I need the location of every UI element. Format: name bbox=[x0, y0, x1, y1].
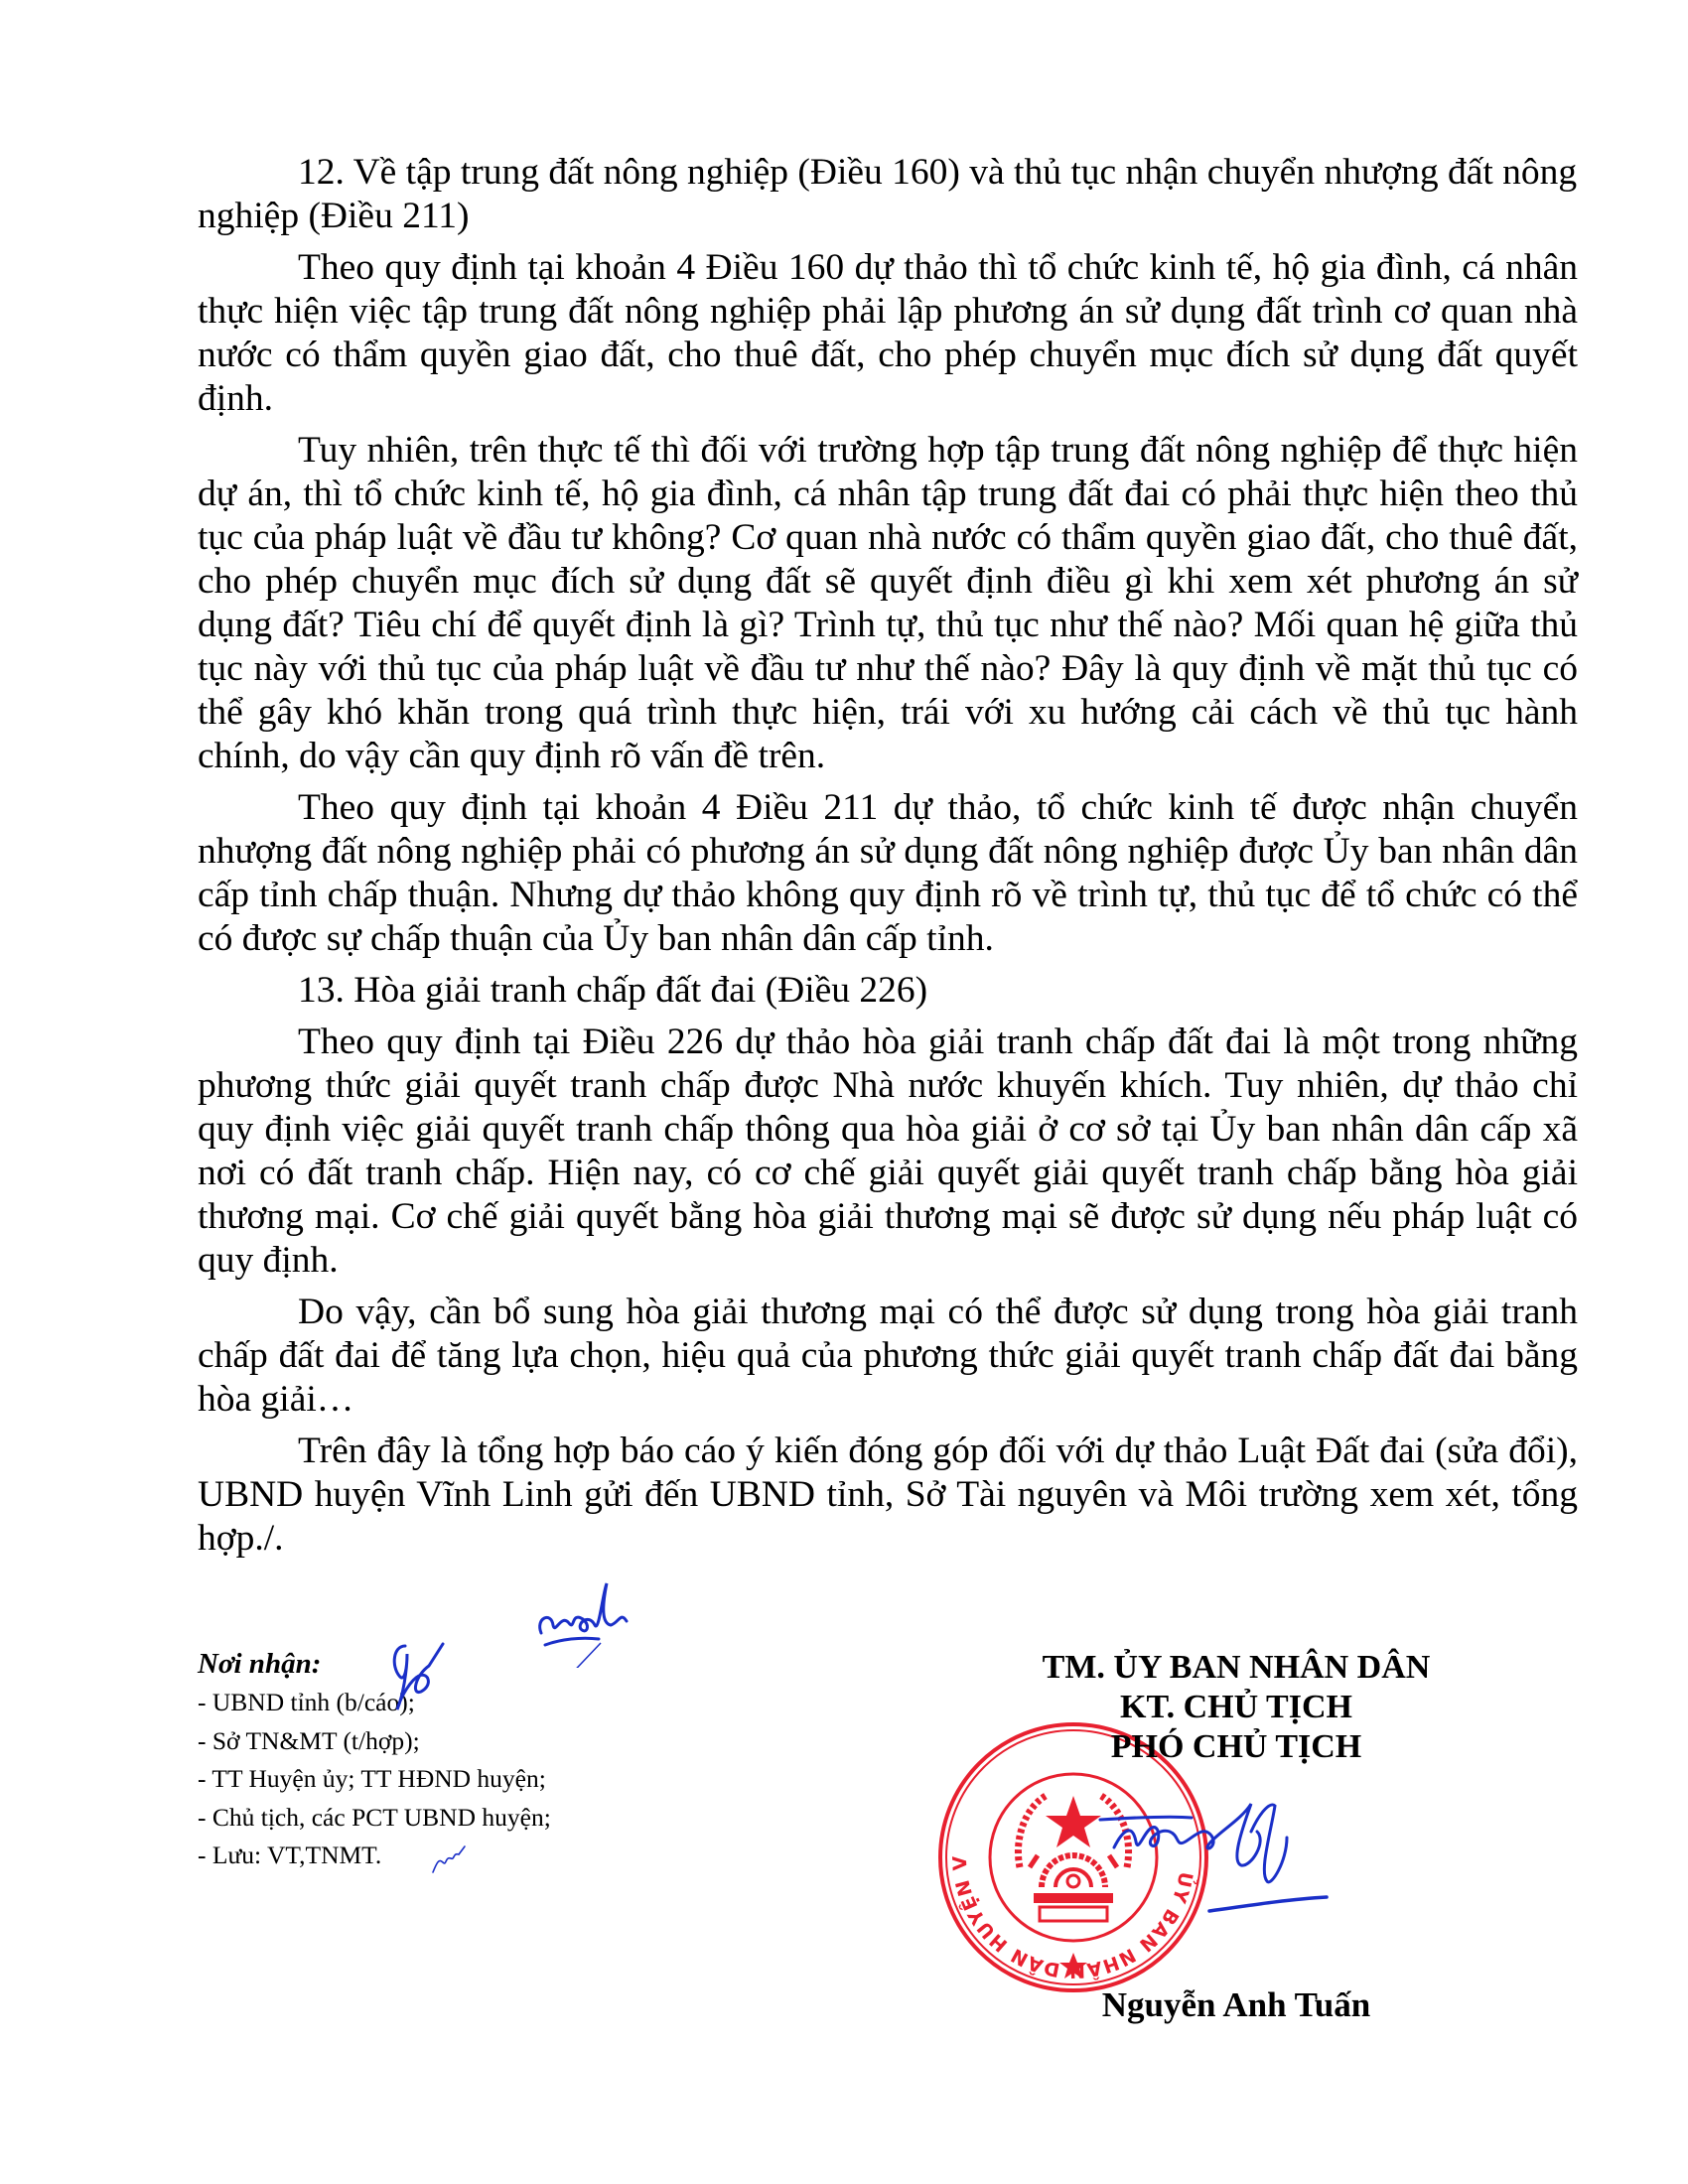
section-12-heading: 12. Về tập trung đất nông nghiệp (Điều 1… bbox=[198, 151, 1578, 238]
recipients-list: - UBND tỉnh (b/cáo); - Sở TN&MT (t/hợp);… bbox=[198, 1684, 893, 1875]
document-body: 12. Về tập trung đất nông nghiệp (Điều 1… bbox=[198, 151, 1578, 1569]
document-page: 12. Về tập trung đất nông nghiệp (Điều 1… bbox=[0, 0, 1688, 2184]
signature-line-position: PHÓ CHỦ TỊCH bbox=[993, 1727, 1479, 1767]
paragraph-article-160: Theo quy định tại khoản 4 Điều 160 dự th… bbox=[198, 246, 1578, 421]
recipient-item: - TT Huyện ủy; TT HĐND huyện; bbox=[198, 1760, 893, 1799]
signature-line-committee: TM. ỦY BAN NHÂN DÂN bbox=[993, 1648, 1479, 1688]
recipients-block: Nơi nhận: - UBND tỉnh (b/cáo); - Sở TN&M… bbox=[198, 1644, 893, 1875]
section-13-heading: 13. Hòa giải tranh chấp đất đai (Điều 22… bbox=[198, 969, 1578, 1013]
paragraph-article-211: Theo quy định tại khoản 4 Điều 211 dự th… bbox=[198, 786, 1578, 961]
paragraph-conclusion: Trên đây là tổng hợp báo cáo ý kiến đóng… bbox=[198, 1430, 1578, 1561]
recipient-item: - UBND tỉnh (b/cáo); bbox=[198, 1684, 893, 1722]
recipient-item: - Sở TN&MT (t/hợp); bbox=[198, 1722, 893, 1761]
recipient-item: - Lưu: VT,TNMT. bbox=[198, 1837, 893, 1875]
paragraph-concerns-160: Tuy nhiên, trên thực tế thì đối với trườ… bbox=[198, 429, 1578, 778]
recipients-title: Nơi nhận: bbox=[198, 1644, 893, 1684]
paragraph-recommendation: Do vậy, cần bổ sung hòa giải thương mại … bbox=[198, 1291, 1578, 1422]
signature-title-block: TM. ỦY BAN NHÂN DÂN KT. CHỦ TỊCH PHÓ CHỦ… bbox=[993, 1648, 1479, 1767]
paragraph-article-226: Theo quy định tại Điều 226 dự thảo hòa g… bbox=[198, 1021, 1578, 1283]
recipient-item: - Chủ tịch, các PCT UBND huyện; bbox=[198, 1799, 893, 1838]
signature-line-on-behalf: KT. CHỦ TỊCH bbox=[993, 1688, 1479, 1727]
